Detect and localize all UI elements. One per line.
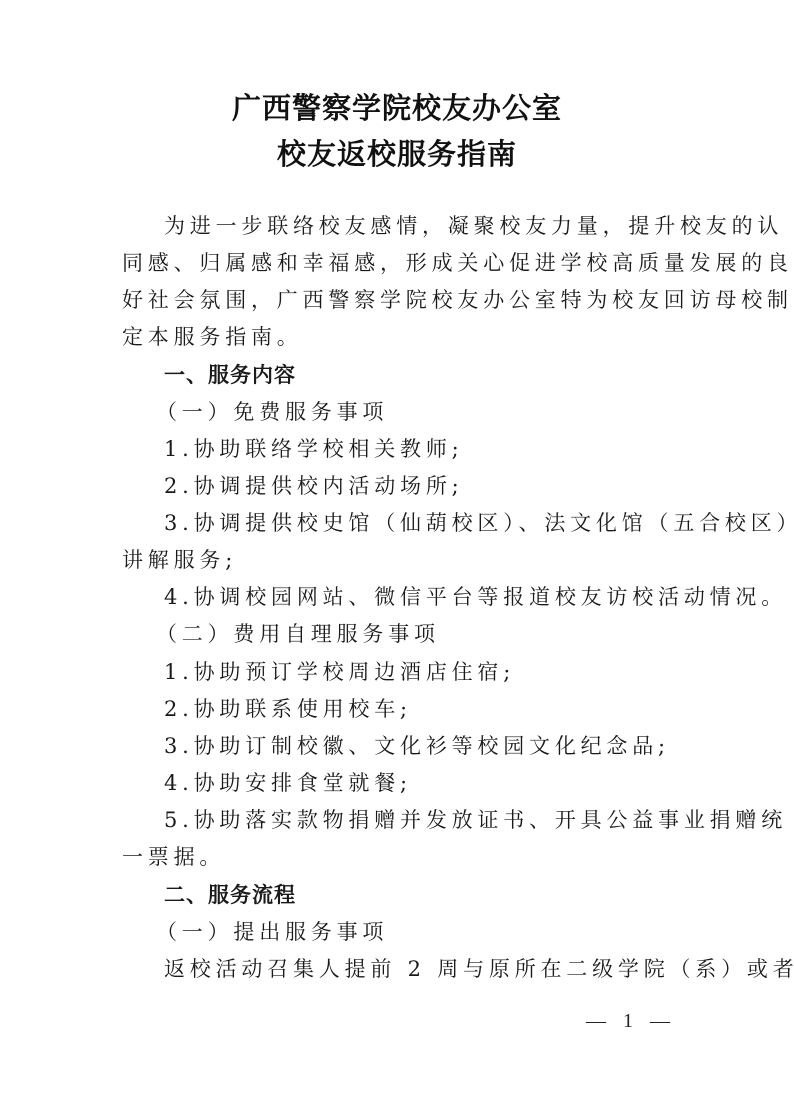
list-item: 5.协助落实款物捐赠并发放证书、开具公益事业捐赠统 (164, 805, 787, 835)
list-item: 3.协助订制校徽、文化衫等校园文化纪念品; (164, 731, 670, 761)
intro-line: 好社会氛围，广西警察学院校友办公室特为校友回访母校制 (122, 285, 793, 315)
section-heading-service-content: 一、服务内容 (164, 360, 296, 390)
paragraph-line: 返校活动召集人提前 2 周与原所在二级学院（系）或者 (164, 954, 794, 984)
list-item: 4.协助安排食堂就餐; (164, 768, 412, 798)
subsection-heading-submit-request: （一）提出服务事项 (156, 917, 388, 947)
intro-line: 同感、归属感和幸福感，形成关心促进学校高质量发展的良 (122, 248, 793, 278)
list-item-continuation: 讲解服务; (122, 545, 237, 575)
list-item: 4.协调校园网站、微信平台等报道校友访校活动情况。 (164, 582, 787, 612)
document-title-line-2: 校友返校服务指南 (0, 132, 794, 173)
list-item: 3.协调提供校史馆（仙葫校区）、法文化馆（五合校区） (164, 508, 794, 538)
list-item: 1.协助预订学校周边酒店住宿; (164, 657, 515, 687)
document-page: 广西警察学院校友办公室 校友返校服务指南 为进一步联络校友感情，凝聚校友力量，提… (0, 0, 794, 1108)
list-item-continuation: 一票据。 (122, 842, 225, 872)
intro-line: 定本服务指南。 (122, 322, 303, 352)
document-title-line-1: 广西警察学院校友办公室 (0, 86, 794, 127)
section-heading-service-process: 二、服务流程 (164, 880, 296, 910)
list-item: 2.协调提供校内活动场所; (164, 471, 464, 501)
subsection-heading-free-services: （一）免费服务事项 (156, 397, 388, 427)
list-item: 1.协助联络学校相关教师; (164, 434, 464, 464)
list-item: 2.协助联系使用校车; (164, 694, 412, 724)
intro-line: 为进一步联络校友感情，凝聚校友力量，提升校友的认 (164, 211, 783, 241)
subsection-heading-paid-services: （二）费用自理服务事项 (156, 619, 440, 649)
page-number: — 1 — (586, 1010, 676, 1033)
